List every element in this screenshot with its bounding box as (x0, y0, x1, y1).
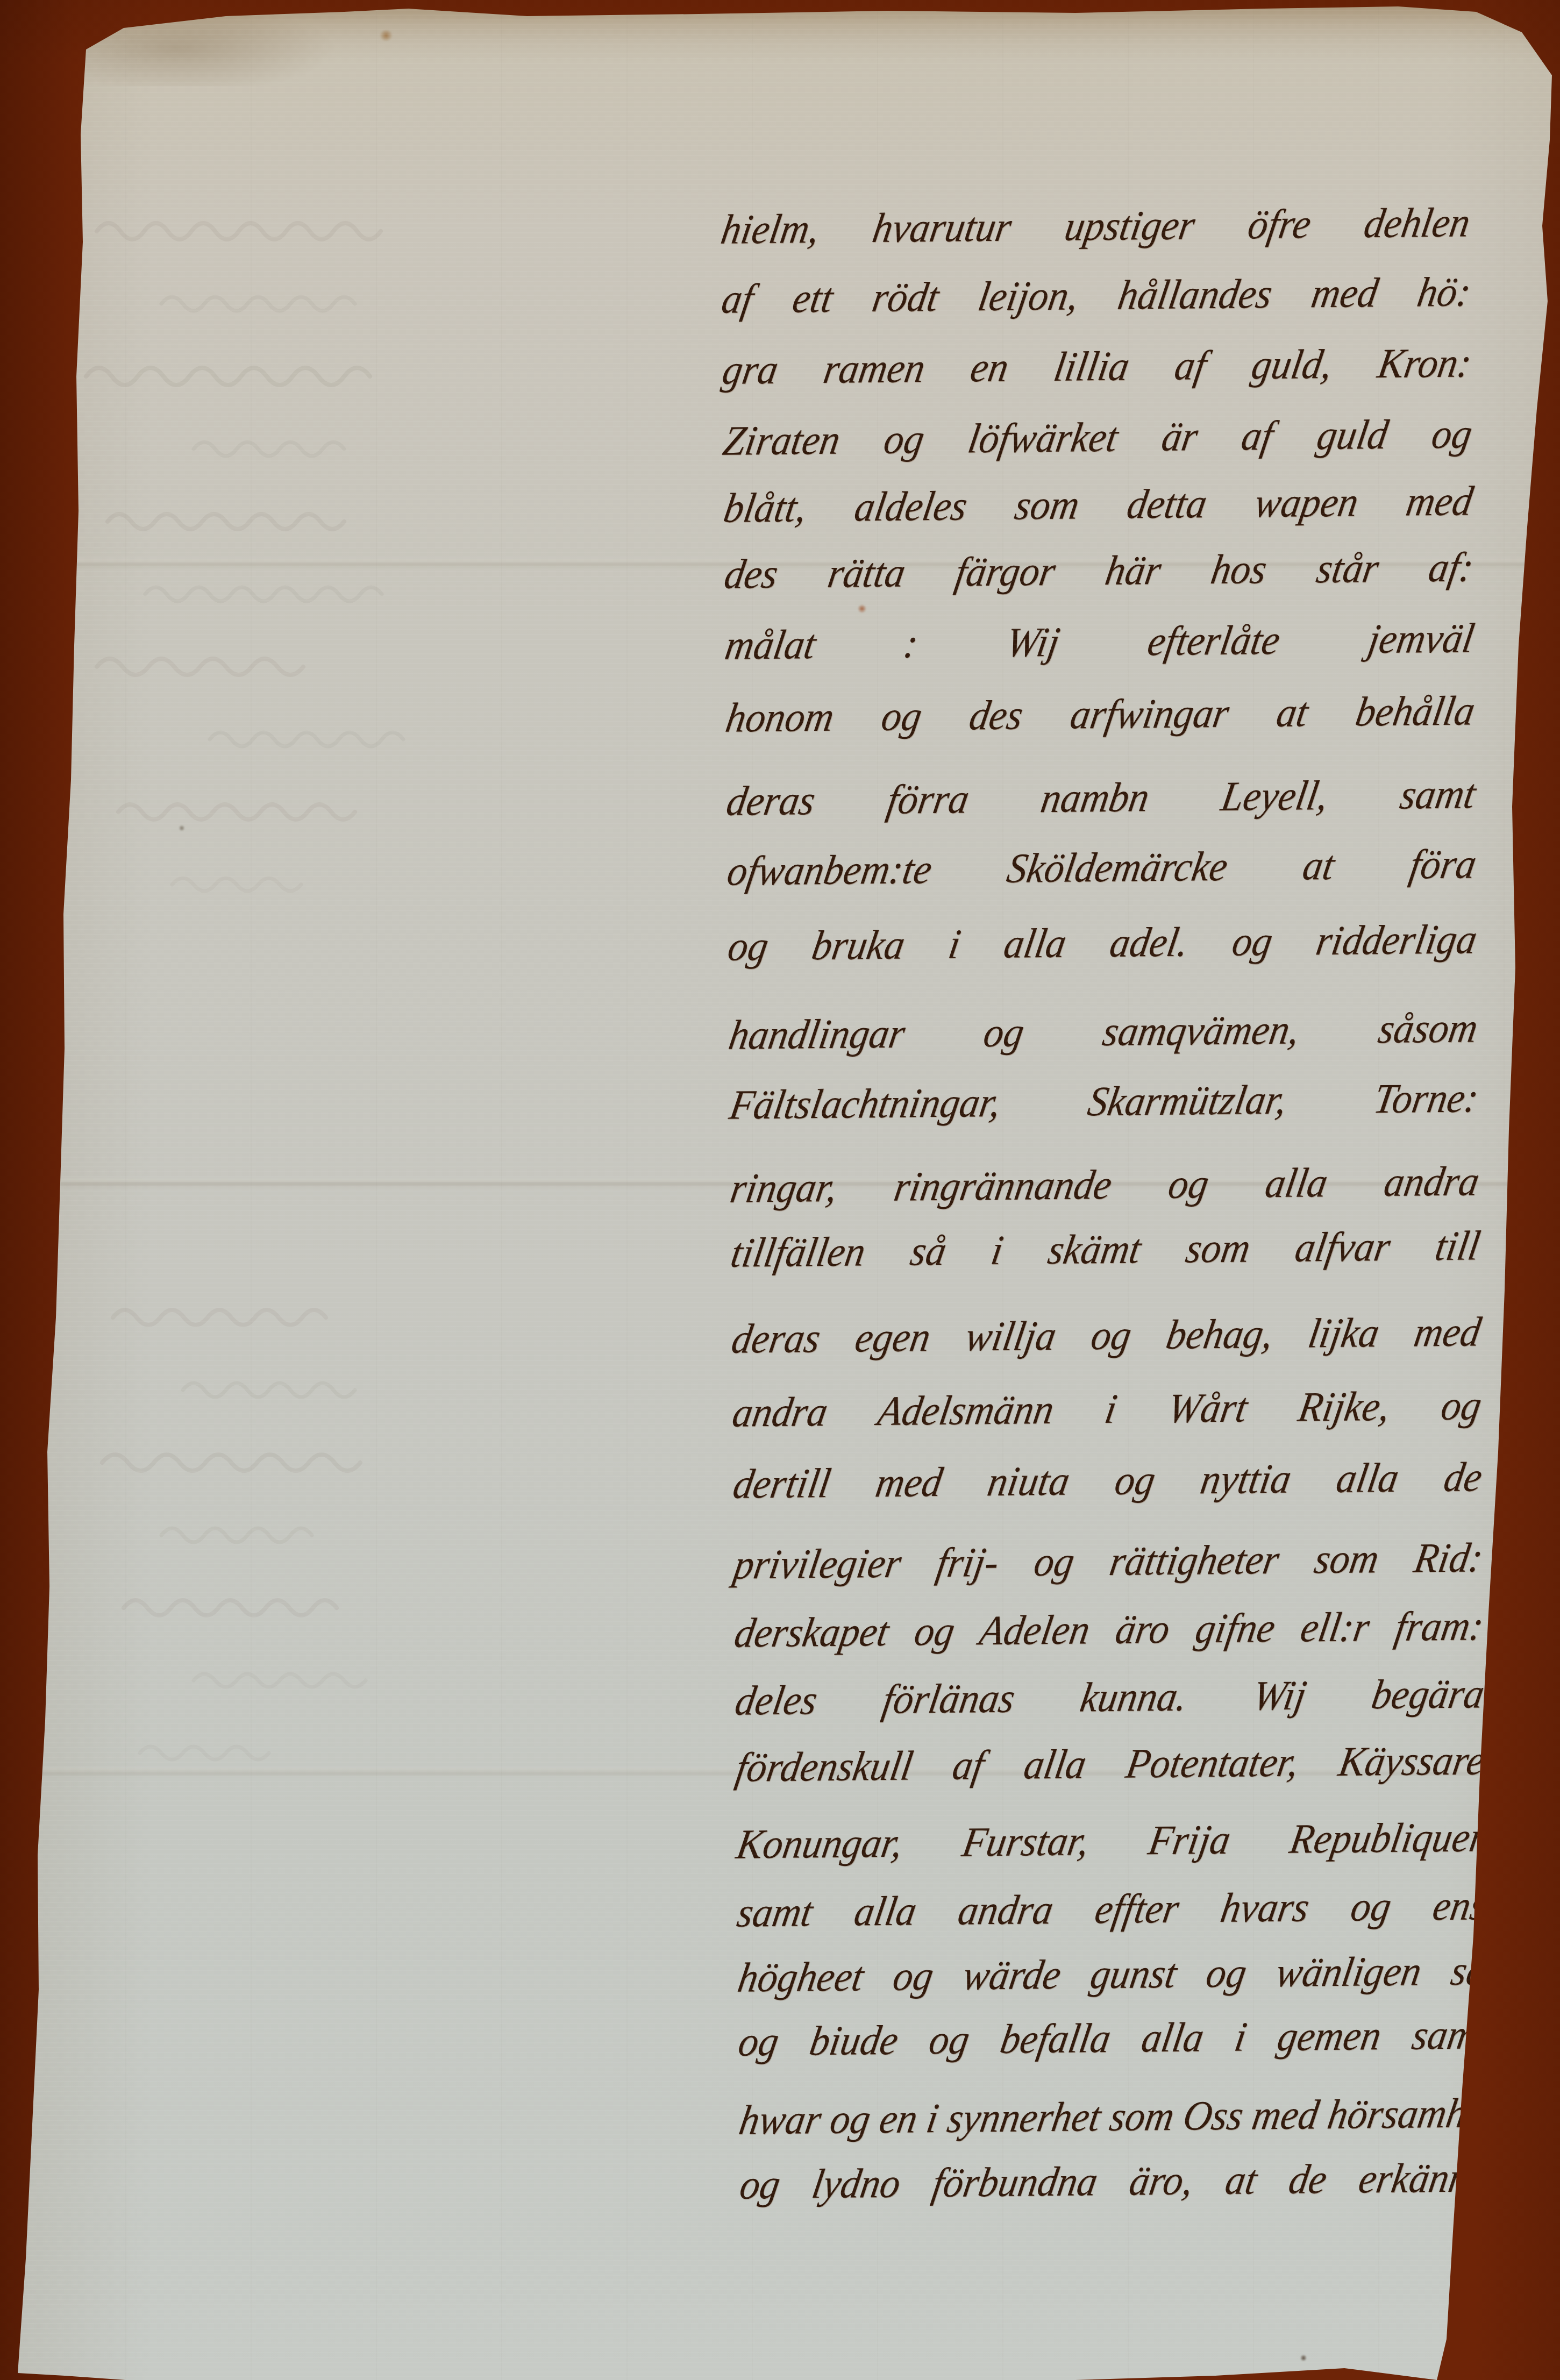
manuscript-line: Ziraten og löfwärket är af guld og (718, 398, 1478, 476)
ink-showthrough-marks (32, 161, 731, 1990)
manuscript-line: honom og des arfwingar at behålla (721, 675, 1480, 753)
manuscript-line: deras förra nambn Leyell, samt (721, 758, 1481, 837)
foxing-spot (379, 30, 394, 41)
manuscript-page: hielm, hvarutur upstiger öfre dehlen af … (0, 0, 1560, 2380)
manuscript-line: tillfällen så i skämt som alfvar till (725, 1210, 1485, 1288)
handwritten-text-block: hielm, hvarutur upstiger öfre dehlen af … (708, 0, 1548, 2380)
manuscript-line: Fältslachtningar, Skarmützlar, Torne: (724, 1062, 1484, 1141)
manuscript-line: deras egen willja og behag, lijka med (726, 1296, 1486, 1374)
manuscript-line: fördenskull af alla Potentater, Käyssare (731, 1725, 1491, 1803)
manuscript-line: gra ramen en lillia af guld, Kron: (717, 327, 1477, 405)
manuscript-line: hielm, hvarutur upstiger öfre dehlen (716, 187, 1476, 265)
manuscript-line: derskapet og Adelen äro gifne ell:r fram… (729, 1590, 1489, 1669)
manuscript-line: handlingar og samqvämen, såsom (723, 992, 1483, 1071)
manuscript-line: af ett rödt leijon, hållandes med hö: (716, 256, 1476, 334)
manuscript-line: målat : Wij efterlåte jemväl (720, 602, 1480, 681)
manuscript-line: privilegier frij- og rättigheter som Rid… (729, 1522, 1488, 1600)
manuscript-line: des rätta färgor här hos står af: (719, 531, 1479, 610)
manuscript-line: og biude og befalla alla i gemen samt (733, 1999, 1493, 2077)
manuscript-line: andra Adelsmänn i Wårt Rijke, og (727, 1370, 1487, 1448)
manuscript-line: dertill med niuta og nyttia alla de (728, 1441, 1487, 1520)
manuscript-line: Konungar, Furstar, Frija Republiquer (731, 1801, 1491, 1880)
manuscript-line: og bruka i alla adel. og ridderliga (723, 903, 1483, 982)
manuscript-line: deles förlänas kunna. Wij begära (730, 1658, 1490, 1736)
manuscript-line: blått, aldeles som detta wapen med (718, 465, 1478, 544)
manuscript-line: ofwanbem:te Sköldemärcke at föra (722, 828, 1482, 907)
manuscript-line: og lydno förbundna äro, at de erkänna (735, 2142, 1494, 2220)
foxing-spot (179, 825, 185, 831)
